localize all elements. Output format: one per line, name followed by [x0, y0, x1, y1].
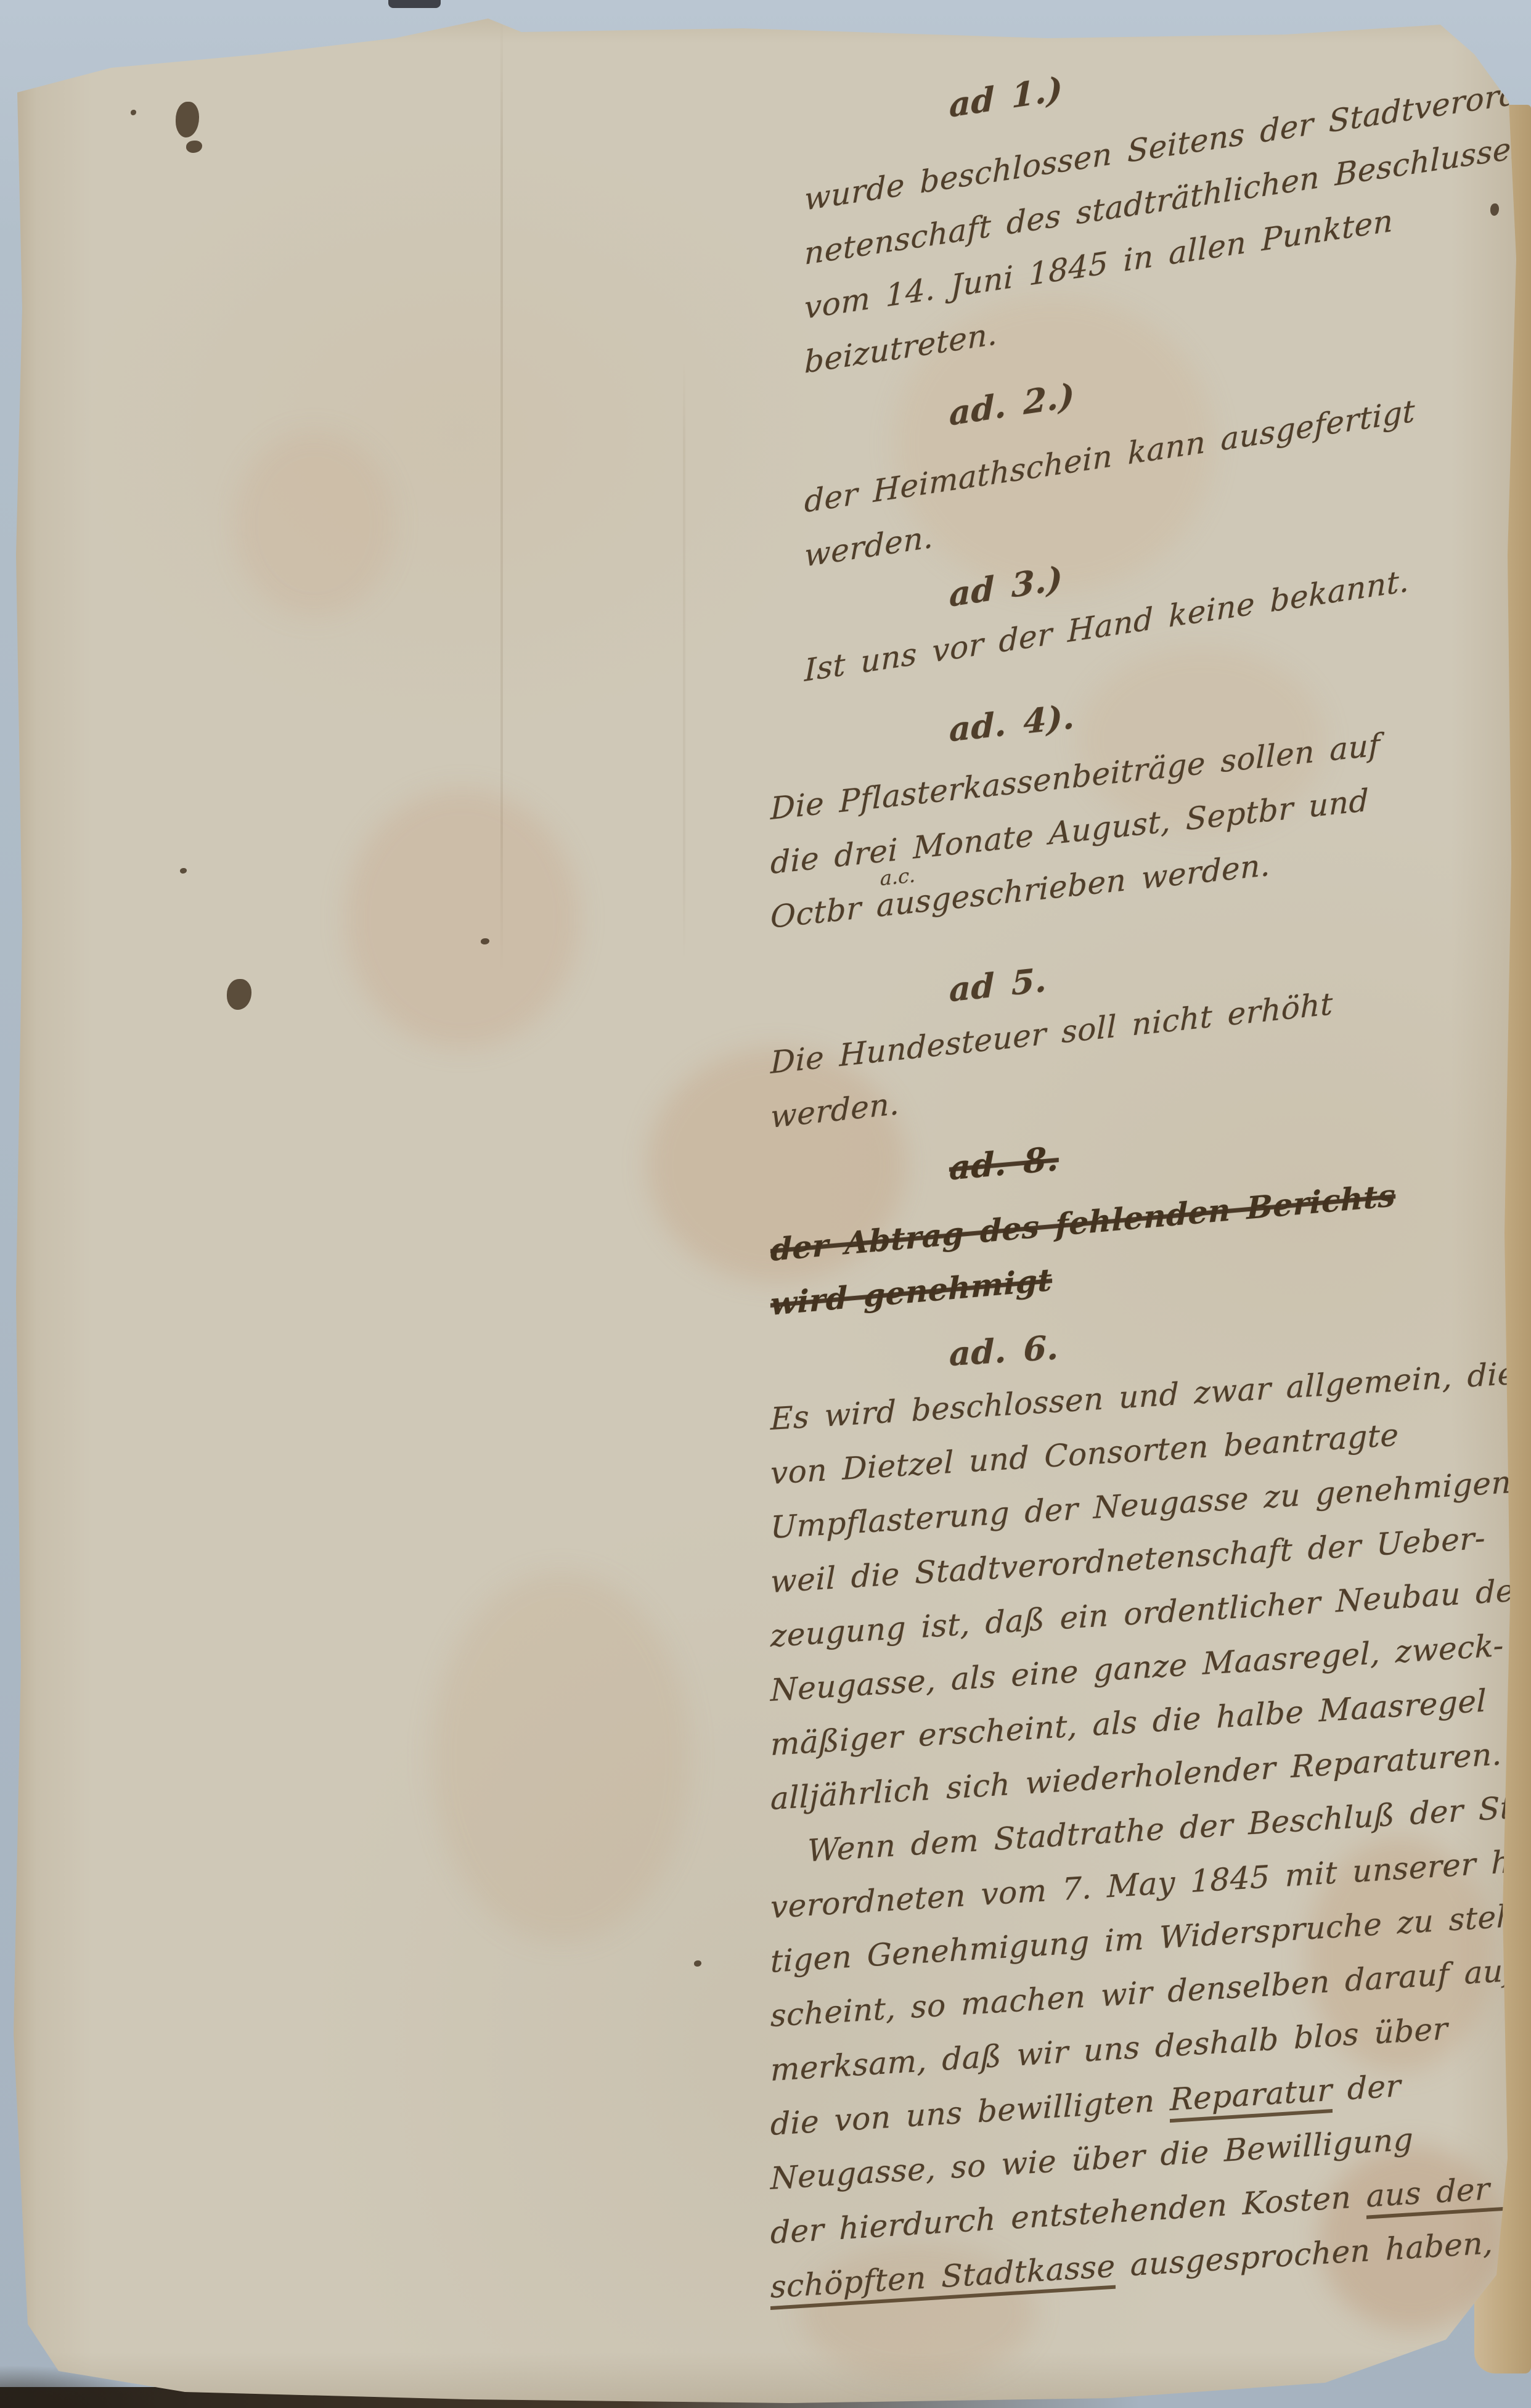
ink-speck: [694, 1960, 701, 1967]
ink-blot: [176, 102, 199, 137]
section-ad-6: ad. 6.Es wird beschlossen und zwar allge…: [770, 1292, 1519, 2314]
ink-speck: [180, 868, 187, 874]
paper-fold-crease: [683, 358, 685, 962]
ink-blot: [227, 979, 251, 1010]
interlinear-insertion: a.c.: [880, 848, 915, 906]
paper-fold-crease: [500, 12, 503, 974]
photo-of-manuscript-page: ad 1.)wurde beschlossen Seitens der Stad…: [0, 0, 1531, 2408]
foxing-stain: [431, 1572, 690, 1942]
foxing-stain: [345, 789, 579, 1048]
ink-speck: [131, 110, 136, 115]
section-ad-4: ad. 4).Die Pflasterkassenbeiträge sollen…: [770, 642, 1519, 944]
ink-blot: [186, 141, 202, 153]
manuscript-text: ad 1.)wurde beschlossen Seitens der Stad…: [770, 26, 1519, 2314]
underlined-words: schöpften Stadtkasse: [770, 2248, 1116, 2310]
foxing-stain: [234, 432, 394, 616]
manuscript-paper: ad 1.)wurde beschlossen Seitens der Stad…: [0, 0, 1531, 2408]
underlined-words: Reparatur: [1170, 2072, 1332, 2123]
section-lines: Es wird beschlossen und zwar allgemein, …: [770, 1346, 1519, 2314]
debris-at-top-edge: [388, 0, 441, 8]
